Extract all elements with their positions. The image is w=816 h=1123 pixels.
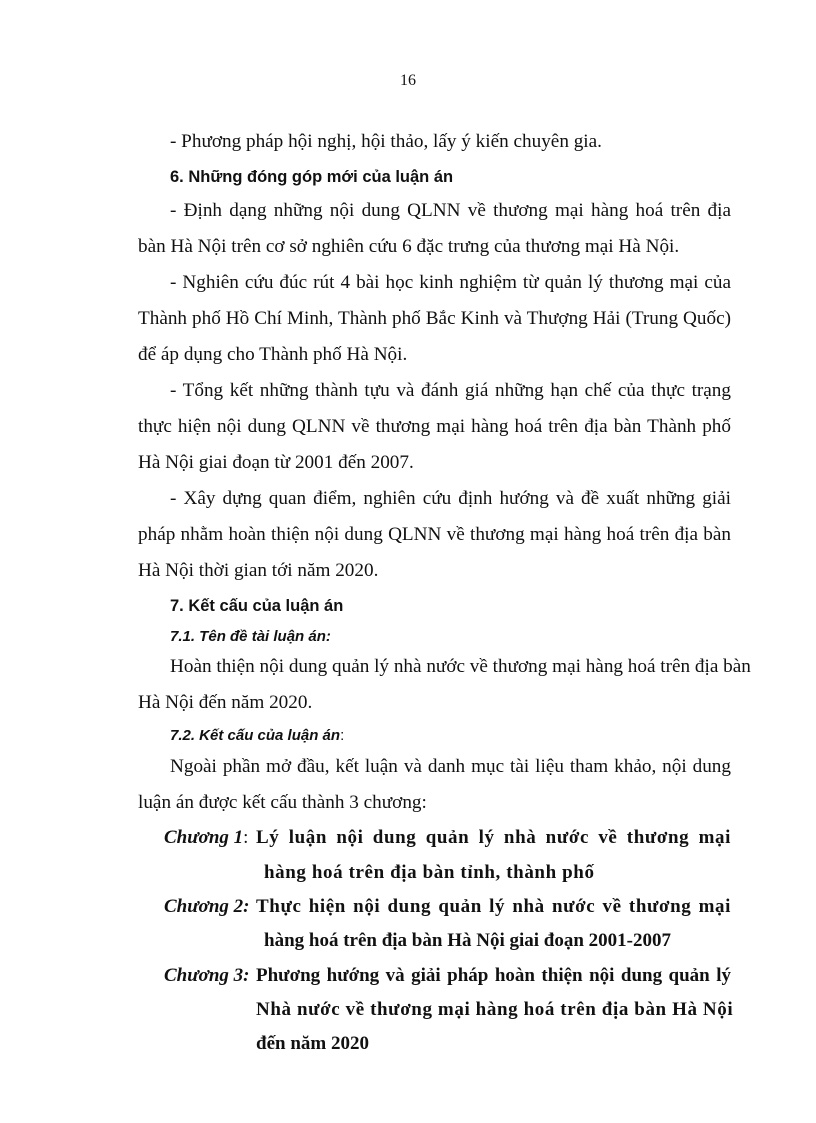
chapter-2-title-line-2: hàng hoá trên địa bàn Hà Nội giai đoạn 2…	[264, 930, 671, 952]
page-number: 16	[0, 72, 816, 90]
structure-intro-line-2: luận án được kết cấu thành 3 chương:	[138, 792, 731, 814]
contribution-3-line-3: Hà Nội giai đoạn từ 2001 đến 2007.	[138, 452, 731, 474]
contribution-4-line-3: Hà Nội thời gian tới năm 2020.	[138, 560, 731, 582]
contribution-3-line-1: - Tổng kết những thành tựu và đánh giá n…	[170, 380, 731, 402]
chapter-3-title-line-1: Phương hướng và giải pháp hoàn thiện nội…	[256, 965, 731, 987]
thesis-title-line-1: Hoàn thiện nội dung quản lý nhà nước về …	[170, 656, 731, 678]
contribution-4-line-2: pháp nhằm hoàn thiện nội dung QLNN về th…	[138, 524, 731, 546]
subheading-7-2-colon: :	[340, 727, 344, 744]
contribution-2-line-2: Thành phố Hồ Chí Minh, Thành phố Bắc Kin…	[138, 308, 731, 330]
contribution-4-line-1: - Xây dựng quan điểm, nghiên cứu định hư…	[170, 488, 731, 510]
chapter-2-label: Chương 2:	[164, 896, 249, 918]
contribution-1-line-2: bàn Hà Nội trên cơ sở nghiên cứu 6 đặc t…	[138, 236, 731, 258]
chapter-3-label: Chương 3:	[164, 965, 249, 987]
chapter-3-title-line-2: Nhà nước về thương mại hàng hoá trên địa…	[256, 999, 731, 1021]
chapter-1-title-line-1: Lý luận nội dung quản lý nhà nước về thư…	[256, 827, 731, 849]
section-heading-7: 7. Kết cấu của luận án	[170, 597, 343, 616]
contribution-2-line-1: - Nghiên cứu đúc rút 4 bài học kinh nghi…	[170, 272, 731, 294]
subheading-7-2: 7.2. Kết cấu của luận án:	[170, 727, 344, 745]
contribution-3-line-2: thực hiện nội dung QLNN về thương mại hà…	[138, 416, 731, 438]
structure-intro-line-1: Ngoài phần mở đầu, kết luận và danh mục …	[170, 756, 731, 778]
document-page: 16 - Phương pháp hội nghị, hội thảo, lấy…	[0, 0, 816, 1123]
contribution-1-line-1: - Định dạng những nội dung QLNN về thươn…	[170, 200, 731, 222]
chapter-1-title-line-2: hàng hoá trên địa bàn tỉnh, thành phố	[264, 862, 595, 884]
subheading-7-1: 7.1. Tên đề tài luận án:	[170, 628, 331, 645]
chapter-3-title-line-3: đến năm 2020	[256, 1033, 369, 1055]
chapter-2-title-line-1: Thực hiện nội dung quản lý nhà nước về t…	[256, 896, 731, 918]
method-item: - Phương pháp hội nghị, hội thảo, lấy ý …	[170, 131, 602, 153]
section-heading-6: 6. Những đóng góp mới của luận án	[170, 168, 453, 187]
thesis-title-line-2: Hà Nội đến năm 2020.	[138, 692, 731, 714]
chapter-1-label: Chương 1:	[164, 827, 248, 849]
contribution-2-line-3: để áp dụng cho Thành phố Hà Nội.	[138, 344, 731, 366]
subheading-7-2-text: 7.2. Kết cấu của luận án	[170, 727, 340, 744]
